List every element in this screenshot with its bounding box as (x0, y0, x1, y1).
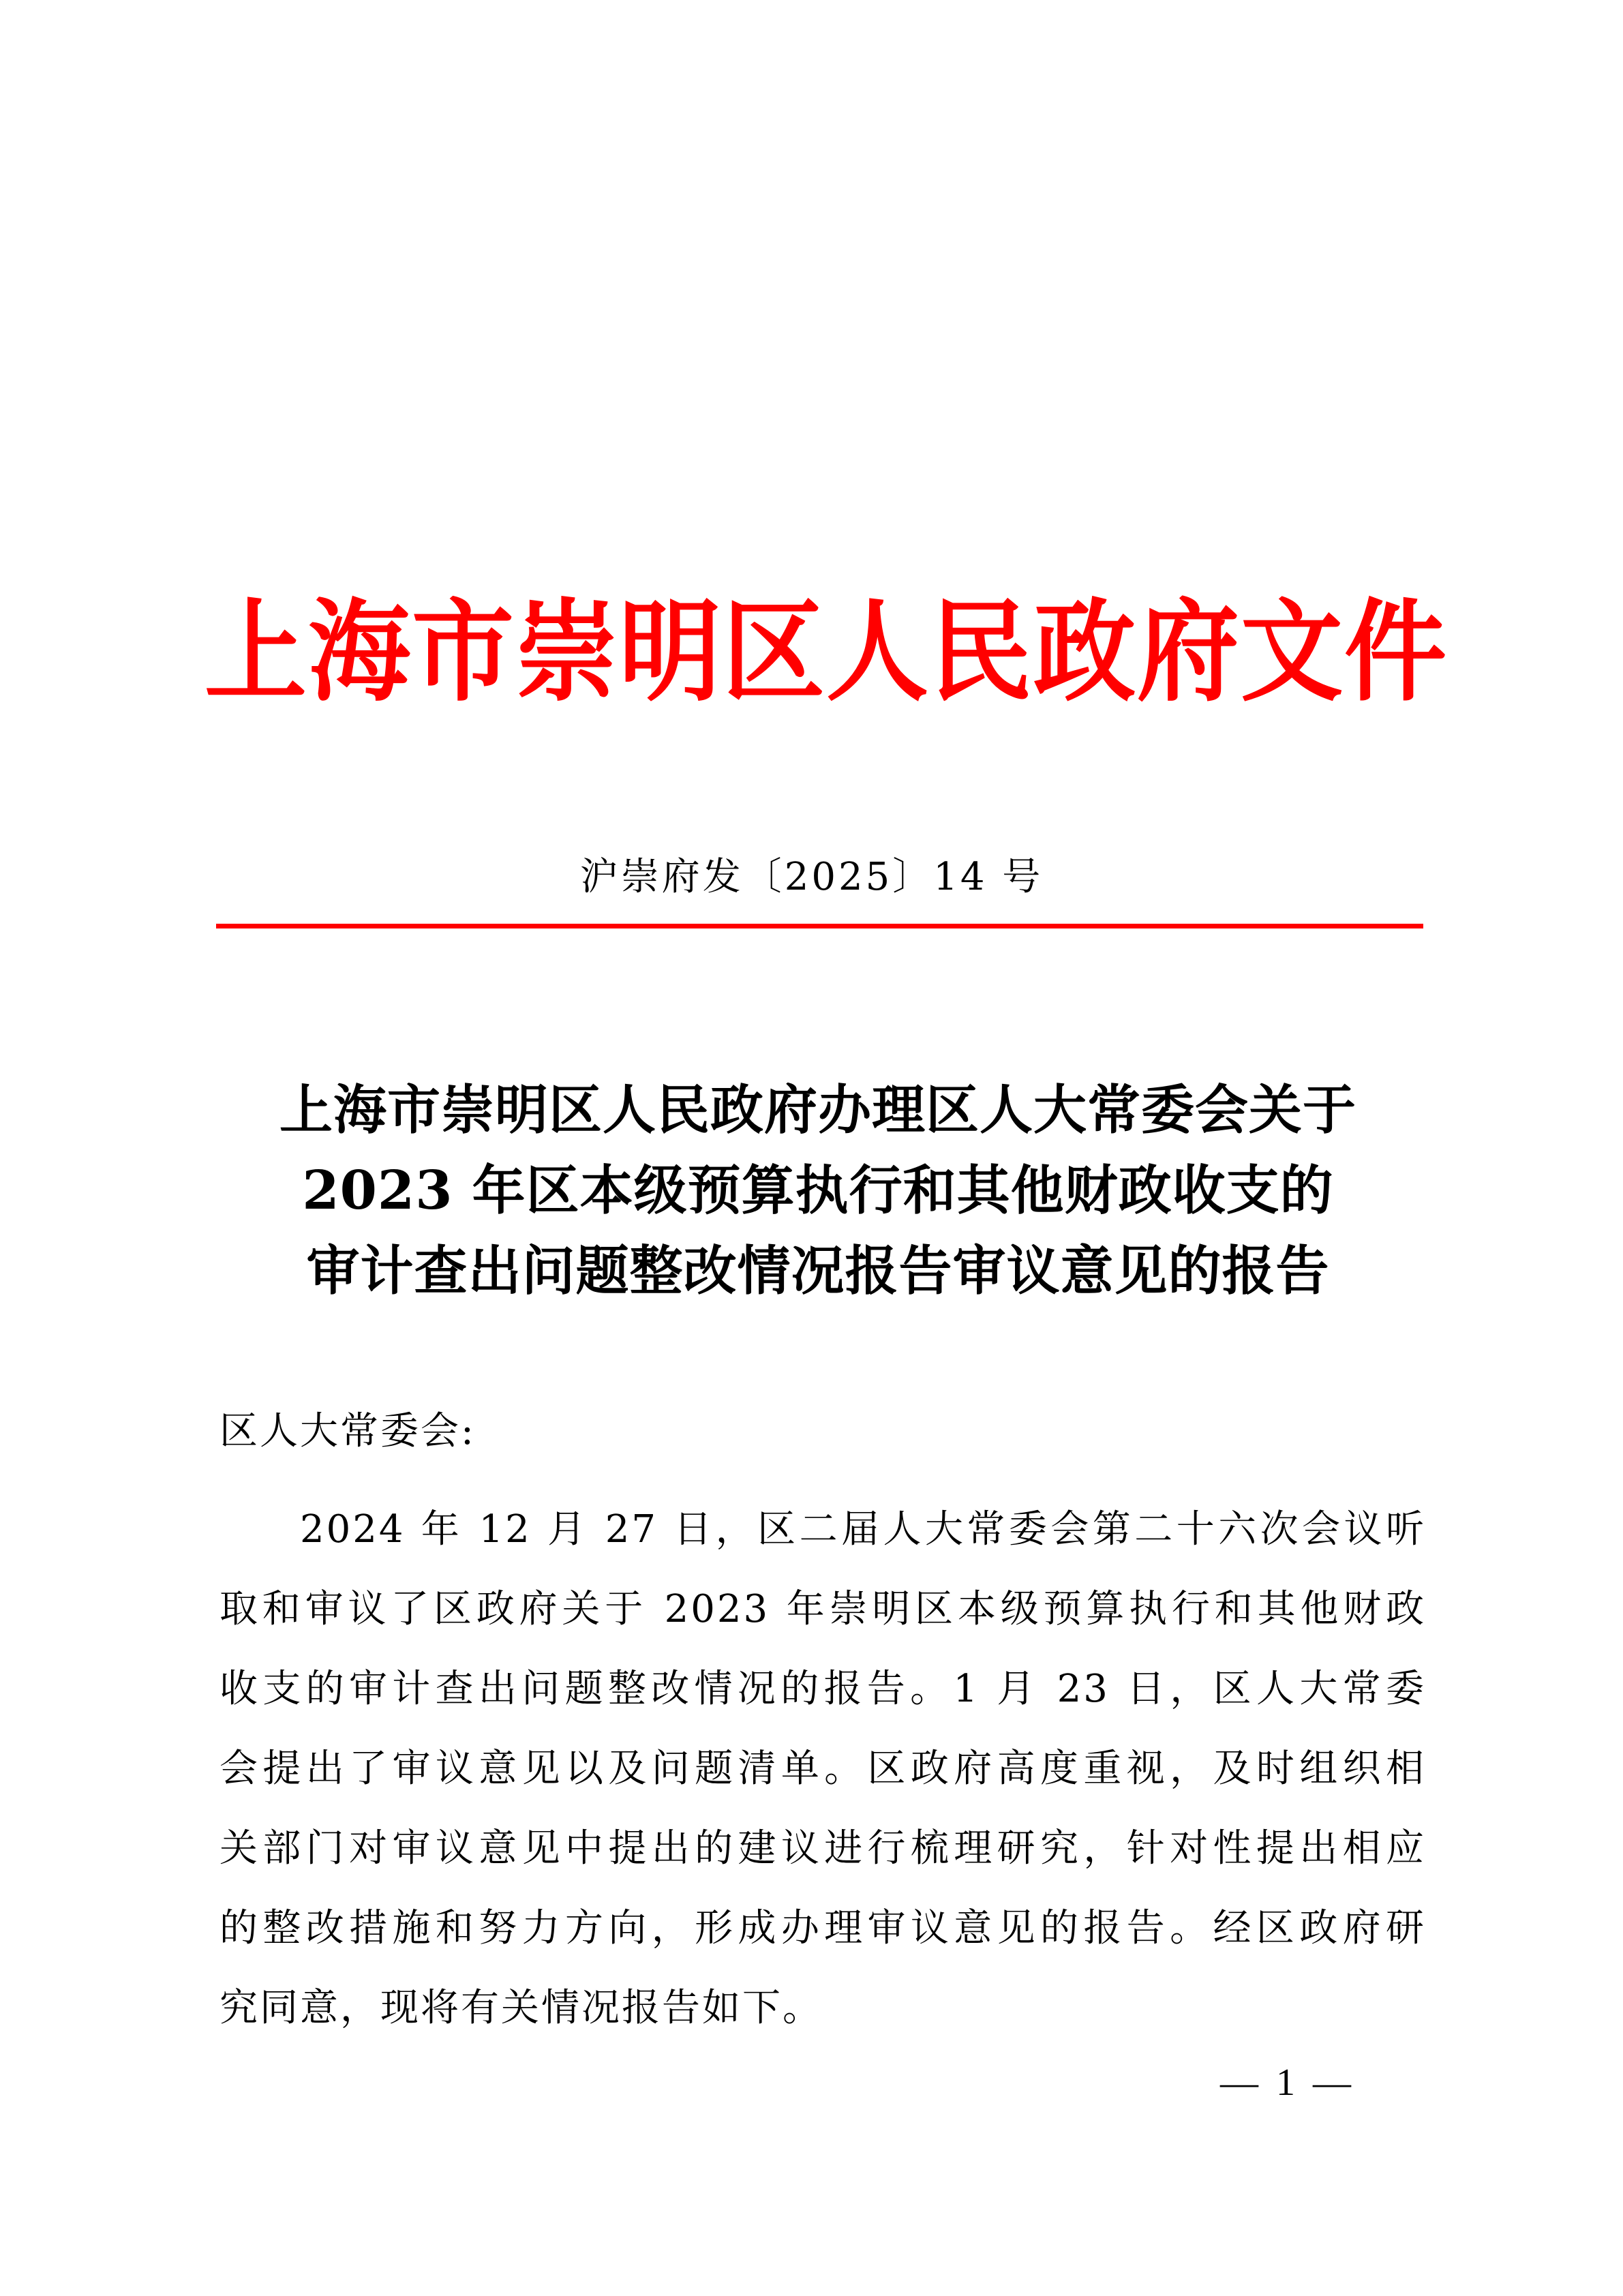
title-line: 上海市崇明区人民政府办理区人大常委会关于 (204, 1070, 1431, 1151)
body-line: 取和审议了区政府关于 2023 年崇明区本级预算执行和其他财政 (219, 1569, 1426, 1649)
issuing-authority-masthead: 上海市崇明区人民政府文件 (204, 593, 1431, 711)
document-number: 沪崇府发〔2025〕14 号 (0, 854, 1623, 901)
body-line: 会提出了审议意见以及问题清单。区政府高度重视，及时组织相 (219, 1729, 1426, 1809)
title-line: 审计查出问题整改情况报告审议意见的报告 (204, 1231, 1431, 1312)
document-page: 上海市崇明区人民政府文件 沪崇府发〔2025〕14 号 上海市崇明区人民政府办理… (0, 0, 1623, 2296)
salutation: 区人大常委会: (219, 1408, 476, 1455)
body-line: 的整改措施和努力方向，形成办理审议意见的报告。经区政府研 (219, 1888, 1426, 1968)
red-separator-rule (216, 924, 1423, 928)
body-line: 2024 年 12 月 27 日，区二届人大常委会第二十六次会议听 (219, 1490, 1426, 1569)
body-line: 究同意，现将有关情况报告如下。 (219, 1968, 1426, 2048)
document-title: 上海市崇明区人民政府办理区人大常委会关于 2023 年区本级预算执行和其他财政收… (204, 1070, 1431, 1312)
body-line: 关部门对审议意见中提出的建议进行梳理研究，针对性提出相应 (219, 1809, 1426, 1888)
title-line: 2023 年区本级预算执行和其他财政收支的 (204, 1151, 1431, 1231)
body-paragraph: 2024 年 12 月 27 日，区二届人大常委会第二十六次会议听 取和审议了区… (219, 1490, 1426, 2048)
body-line: 收支的审计查出问题整改情况的报告。1 月 23 日，区人大常委 (219, 1649, 1426, 1729)
page-number: — 1 — (1220, 2059, 1355, 2106)
